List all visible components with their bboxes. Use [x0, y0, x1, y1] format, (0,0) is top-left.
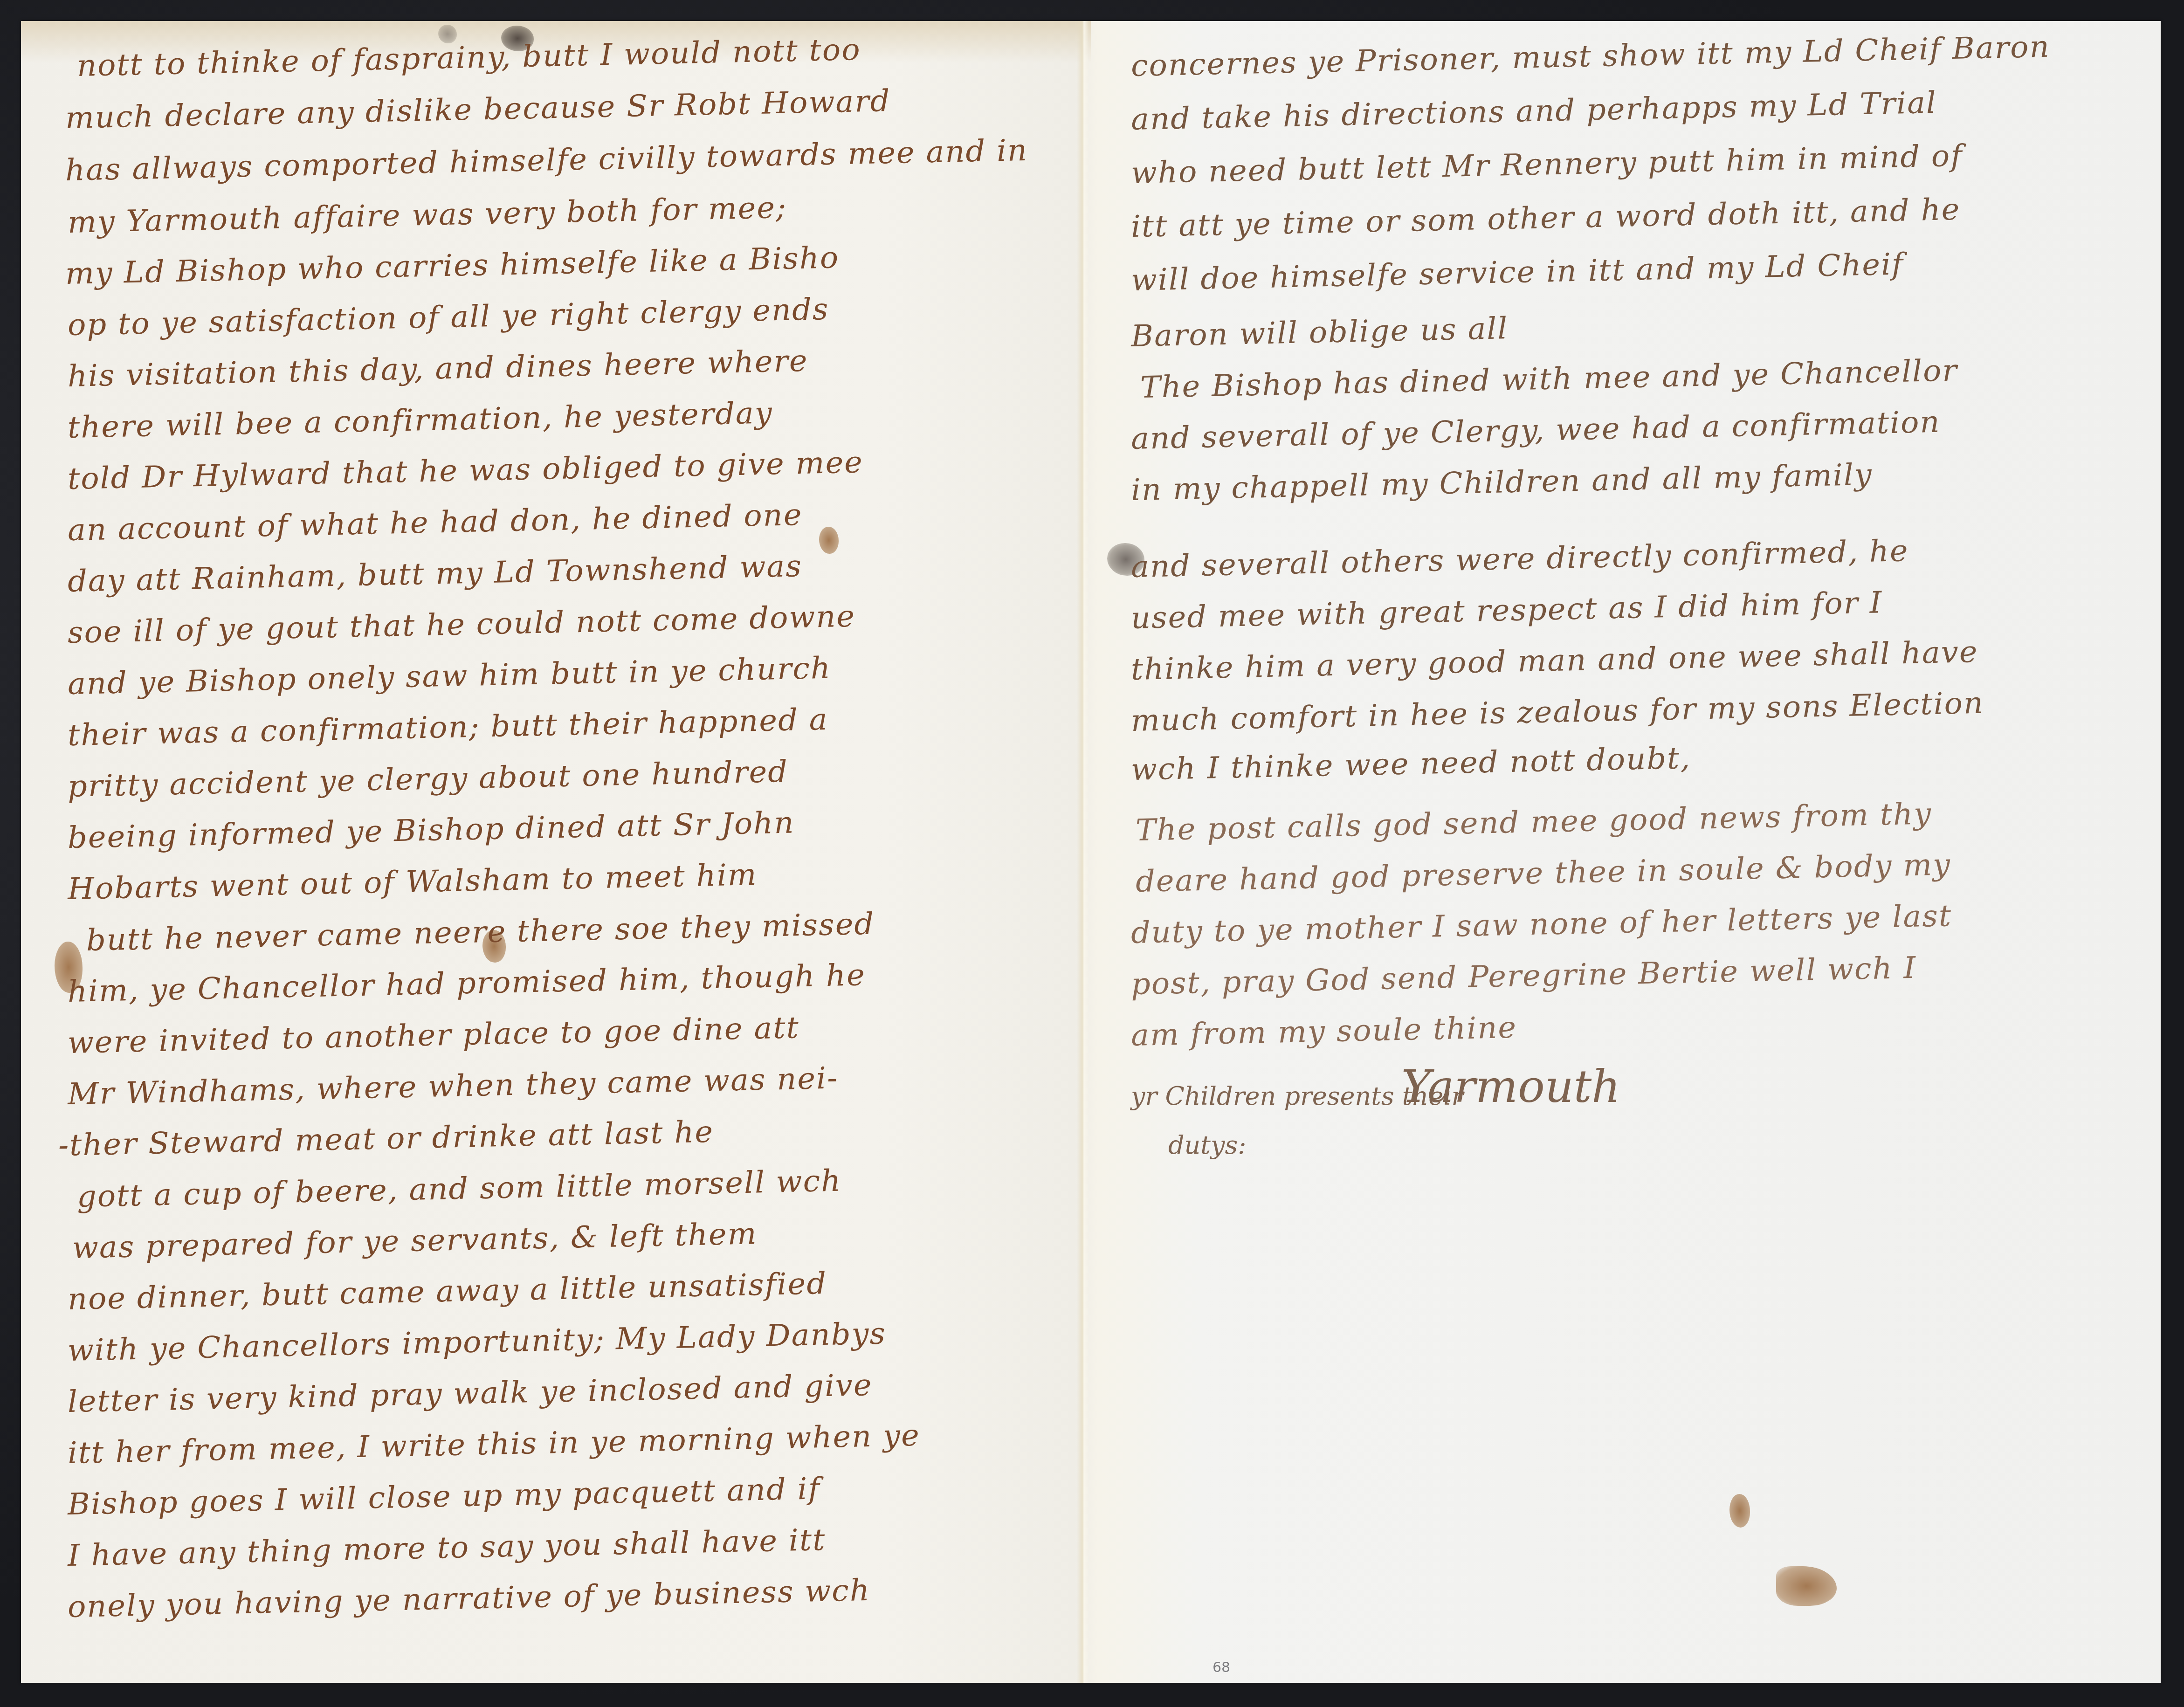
text-line: am from my soule thine: [1130, 1011, 1517, 1053]
postscript-line: dutys:: [1168, 1130, 1246, 1160]
manuscript-paper: nott to thinke of fasprainy, butt I woul…: [21, 21, 2161, 1683]
text-line: my Yarmouth affaire was very both for me…: [67, 191, 787, 240]
text-line: beeing informed ye Bishop dined att Sr J…: [67, 805, 795, 855]
text-line: thinke him a very good man and one wee s…: [1130, 635, 1978, 687]
text-line: pritty accident ye clergy about one hund…: [67, 755, 789, 804]
text-line: itt att ye time or som other a word doth…: [1130, 193, 1961, 244]
text-line: has allways comported himselfe civilly t…: [65, 133, 1028, 188]
text-line: his visitation this day, and dines heere…: [67, 344, 808, 394]
text-line: and take his directions and perhapps my …: [1130, 86, 1937, 137]
text-line: will doe himselfe service in itt and my …: [1130, 247, 1904, 298]
text-line: much declare any dislike because Sr Robt…: [65, 84, 891, 136]
right-page: concernes ye Prisoner, must show itt my …: [1089, 21, 2161, 1683]
text-line: my Ld Bishop who carries himselfe like a…: [65, 241, 840, 291]
text-line: who need butt lett Mr Rennery putt him i…: [1130, 139, 1963, 191]
text-line: noe dinner, butt came away a little unsa…: [67, 1266, 827, 1317]
text-line: The post calls god send mee good news fr…: [1135, 797, 1932, 848]
text-line: used mee with great respect as I did him…: [1130, 585, 1883, 636]
text-line: soe ill of ye gout that he could nott co…: [67, 599, 856, 650]
text-line: wch I thinke wee need nott doubt,: [1130, 741, 1691, 787]
text-line: Hobarts went out of Walsham to meet him: [67, 858, 758, 907]
text-line: nott to thinke of fasprainy, butt I woul…: [76, 33, 861, 83]
text-line: and ye Bishop onely saw him butt in ye c…: [67, 651, 832, 702]
text-line: were invited to another place to goe din…: [67, 1011, 799, 1060]
text-line: itt her from mee, I write this in ye mor…: [67, 1418, 920, 1471]
text-line: -ther Steward meat or drinke att last he: [58, 1115, 714, 1163]
text-line: day att Rainham, butt my Ld Townshend wa…: [67, 549, 802, 599]
text-line: in my chappell my Children and all my fa…: [1130, 458, 1873, 508]
text-line: post, pray God send Peregrine Bertie wel…: [1130, 951, 1917, 1002]
text-line: and severall others were directly confir…: [1130, 534, 1909, 585]
text-line: butt he never came neere there soe they …: [86, 907, 875, 958]
text-line: Baron will oblige us all: [1130, 311, 1509, 354]
text-line: gott a cup of beere, and som little mors…: [76, 1164, 842, 1214]
text-line: Mr Windhams, where when they came was ne…: [67, 1061, 839, 1112]
text-line: Bishop goes I will close up my pacquett …: [67, 1472, 820, 1522]
text-line: letter is very kind pray walk ye inclose…: [67, 1368, 873, 1419]
text-line: and severall of ye Clergy, wee had a con…: [1130, 405, 1941, 456]
text-line: onely you having ye narrative of ye busi…: [67, 1573, 870, 1624]
center-fold: [1077, 21, 1089, 1683]
folio-number: 68: [1213, 1659, 1230, 1676]
text-line: him, ye Chancellor had promised him, tho…: [67, 958, 866, 1009]
signature: Yarmouth: [1401, 1060, 1620, 1113]
text-line: was prepared for ye servants, & left the…: [72, 1217, 758, 1266]
text-line: an account of what he had don, he dined …: [67, 498, 803, 548]
text-line: told Dr Hylward that he was obliged to g…: [67, 445, 863, 496]
text-line: with ye Chancellors importunity; My Lady…: [67, 1316, 887, 1368]
text-line: op to ye satisfaction of all ye right cl…: [67, 292, 829, 343]
left-page: nott to thinke of fasprainy, butt I woul…: [21, 21, 1077, 1683]
text-line: duty to ye mother I saw none of her lett…: [1130, 899, 1952, 950]
text-line: their was a confirmation; butt their hap…: [67, 702, 828, 753]
text-line: there will bee a confirmation, he yester…: [67, 396, 773, 445]
text-line: The Bishop has dined with mee and ye Cha…: [1140, 353, 1958, 405]
text-line: I have any thing more to say you shall h…: [67, 1523, 826, 1573]
text-line: deare hand god preserve thee in soule & …: [1135, 847, 1951, 899]
text-line: much comfort in hee is zealous for my so…: [1130, 686, 1984, 738]
text-line: concernes ye Prisoner, must show itt my …: [1130, 30, 2050, 83]
